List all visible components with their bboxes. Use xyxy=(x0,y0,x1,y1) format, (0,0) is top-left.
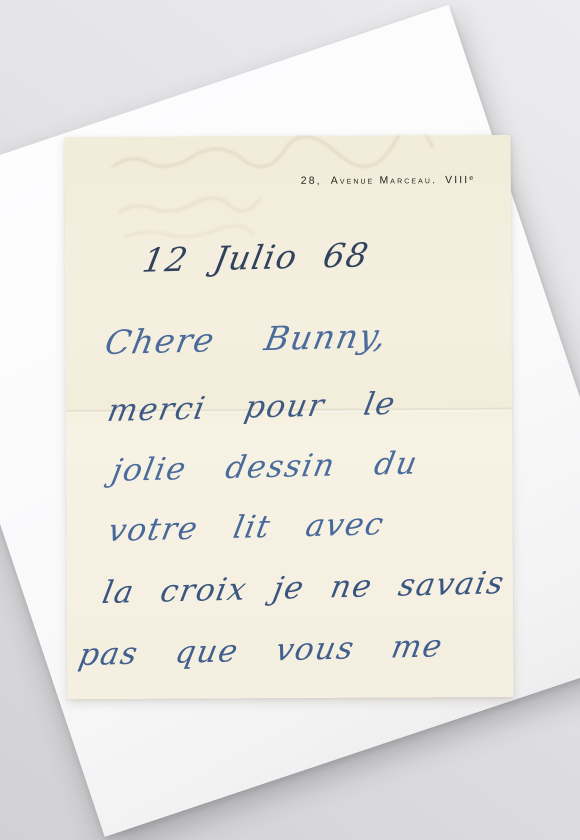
letterhead-district: VIII xyxy=(445,174,469,186)
handwritten-body-line: jolie dessin du xyxy=(109,445,421,488)
letterhead: 28, Avenue Marceau. VIIIe xyxy=(301,174,474,187)
handwritten-body-line: pas que vous me xyxy=(76,628,446,673)
photo-of-letter: 28, Avenue Marceau. VIIIe 12 Julio 68 Ch… xyxy=(0,0,580,840)
letter-paper: 28, Avenue Marceau. VIIIe 12 Julio 68 Ch… xyxy=(65,135,514,699)
letterhead-number: 28, xyxy=(301,175,322,187)
letterhead-district-superscript: e xyxy=(469,175,473,182)
handwritten-body-line: la croix je ne savais xyxy=(100,565,508,611)
handwritten-salutation: Chere Bunny, xyxy=(102,316,391,362)
handwritten-body-line: votre lit avec xyxy=(105,506,387,549)
handwritten-date: 12 Julio 68 xyxy=(140,235,373,280)
ink-showthrough-marks xyxy=(65,135,512,337)
handwritten-body-line: merci pour le xyxy=(105,386,399,429)
letterhead-street: Avenue Marceau. xyxy=(331,174,437,187)
